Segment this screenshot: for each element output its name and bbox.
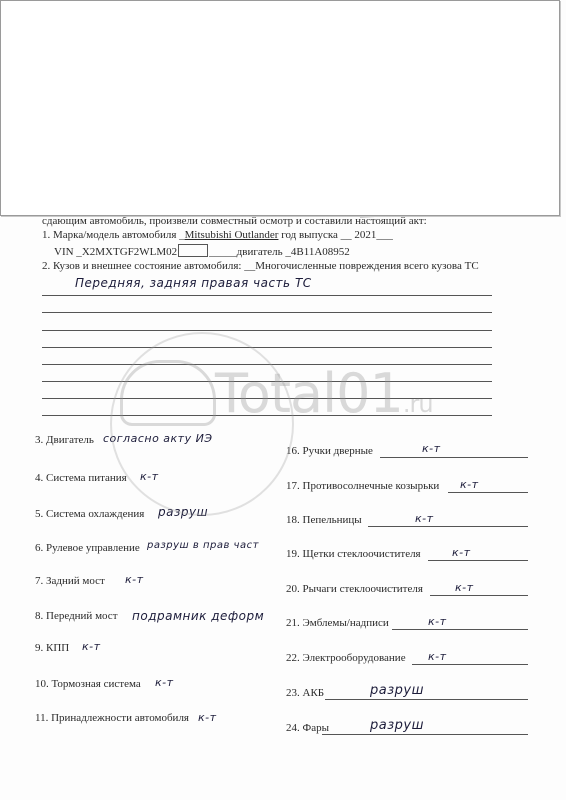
item-16-line [380,457,528,458]
blank-line [42,381,492,382]
blank-line [42,330,492,331]
item-18-value: к-т [415,512,434,525]
blank-line [42,398,492,399]
item-11-value: к-т [198,711,217,724]
item-6-value: разруш в прав част [147,540,259,551]
year-label: год выпуска __ [281,229,351,241]
blank-line [42,295,492,296]
item-21-line [392,629,528,630]
scanned-document-page: сдающим автомобиль, произвели совместный… [0,0,566,800]
item-19-line [428,560,528,561]
item-4-label: 4. Система питания [35,472,127,485]
item-20-value: к-т [455,581,474,594]
year-value: 2021 [354,229,376,241]
item-23-line [325,699,528,700]
item-22-label: 22. Электрооборудование [286,652,406,665]
blank-line [42,347,492,348]
item-1-label: 1. Марка/модель автомобиля _ [42,229,185,241]
item-8-value: подрамник деформ [132,609,264,623]
item-3-label: 3. Двигатель [35,434,94,447]
vin-blank: _____ [209,246,237,258]
item-10-value: к-т [155,676,174,689]
car-logo-icon [120,360,216,426]
item-21-value: к-т [428,615,447,628]
item-4-value: к-т [140,470,159,483]
vin-redacted-box [178,244,208,257]
item-5-value: разруш [158,505,208,519]
watermark: Total01.ru [120,352,440,442]
item-16-value: к-т [422,442,441,455]
watermark-suffix: .ru [403,390,433,418]
item-2-value: Многочисленные повреждения всего кузова … [255,260,478,272]
item-16-label: 16. Ручки дверные [286,445,373,458]
watermark-circle [110,332,294,516]
item-5-label: 5. Система охлаждения [35,508,144,521]
item-3-value: согласно акту ИЭ [103,432,213,445]
engine-label: двигатель _ [237,246,291,258]
engine-number: 4B11A08952 [291,246,350,258]
item-23-value: разруш [370,683,424,698]
intro-line: сдающим автомобиль, произвели совместный… [42,215,427,228]
item-7-value: к-т [125,573,144,586]
item-10-label: 10. Тормозная система [35,678,141,691]
item-2-label: 2. Кузов и внешнее состояние автомобиля:… [42,260,255,272]
vin-label: VIN _ [54,246,82,258]
vin-line: VIN _X2MXTGF2WLM02_____двигатель _4B11A0… [54,244,350,259]
item-18-line [368,526,528,527]
blank-line [42,312,492,313]
item-1-make-model: 1. Марка/модель автомобиля _Mitsubishi O… [42,229,393,242]
item-11-label: 11. Принадлежности автомобиля [35,712,189,725]
item-21-label: 21. Эмблемы/надписи [286,617,389,630]
item-19-value: к-т [452,546,471,559]
item-2-body: 2. Кузов и внешнее состояние автомобиля:… [42,260,479,273]
item-18-label: 18. Пепельницы [286,514,362,527]
item-7-label: 7. Задний мост [35,575,105,588]
blank-line [42,415,492,416]
item-17-line [448,492,528,493]
item-2-handwritten: Передняя, задняя правая часть ТС [75,276,312,290]
blank-line [42,364,492,365]
redaction-box [0,0,560,216]
item-24-line [322,734,528,735]
item-22-line [412,664,528,665]
item-8-label: 8. Передний мост [35,610,118,623]
item-17-value: к-т [460,478,479,491]
item-9-value: к-т [82,640,101,653]
item-24-value: разруш [370,718,424,733]
vin-value: X2MXTGF2WLM02 [82,246,177,258]
car-model: Mitsubishi Outlander [185,229,279,241]
item-9-label: 9. КПП [35,642,69,655]
item-6-label: 6. Рулевое управление [35,542,140,555]
year-blank: ___ [376,229,393,241]
item-22-value: к-т [428,650,447,663]
item-20-label: 20. Рычаги стеклоочистителя [286,583,423,596]
item-23-label: 23. АКБ [286,687,324,700]
item-17-label: 17. Противосолнечные козырьки [286,480,439,493]
item-19-label: 19. Щетки стеклоочистителя [286,548,421,561]
item-20-line [430,595,528,596]
